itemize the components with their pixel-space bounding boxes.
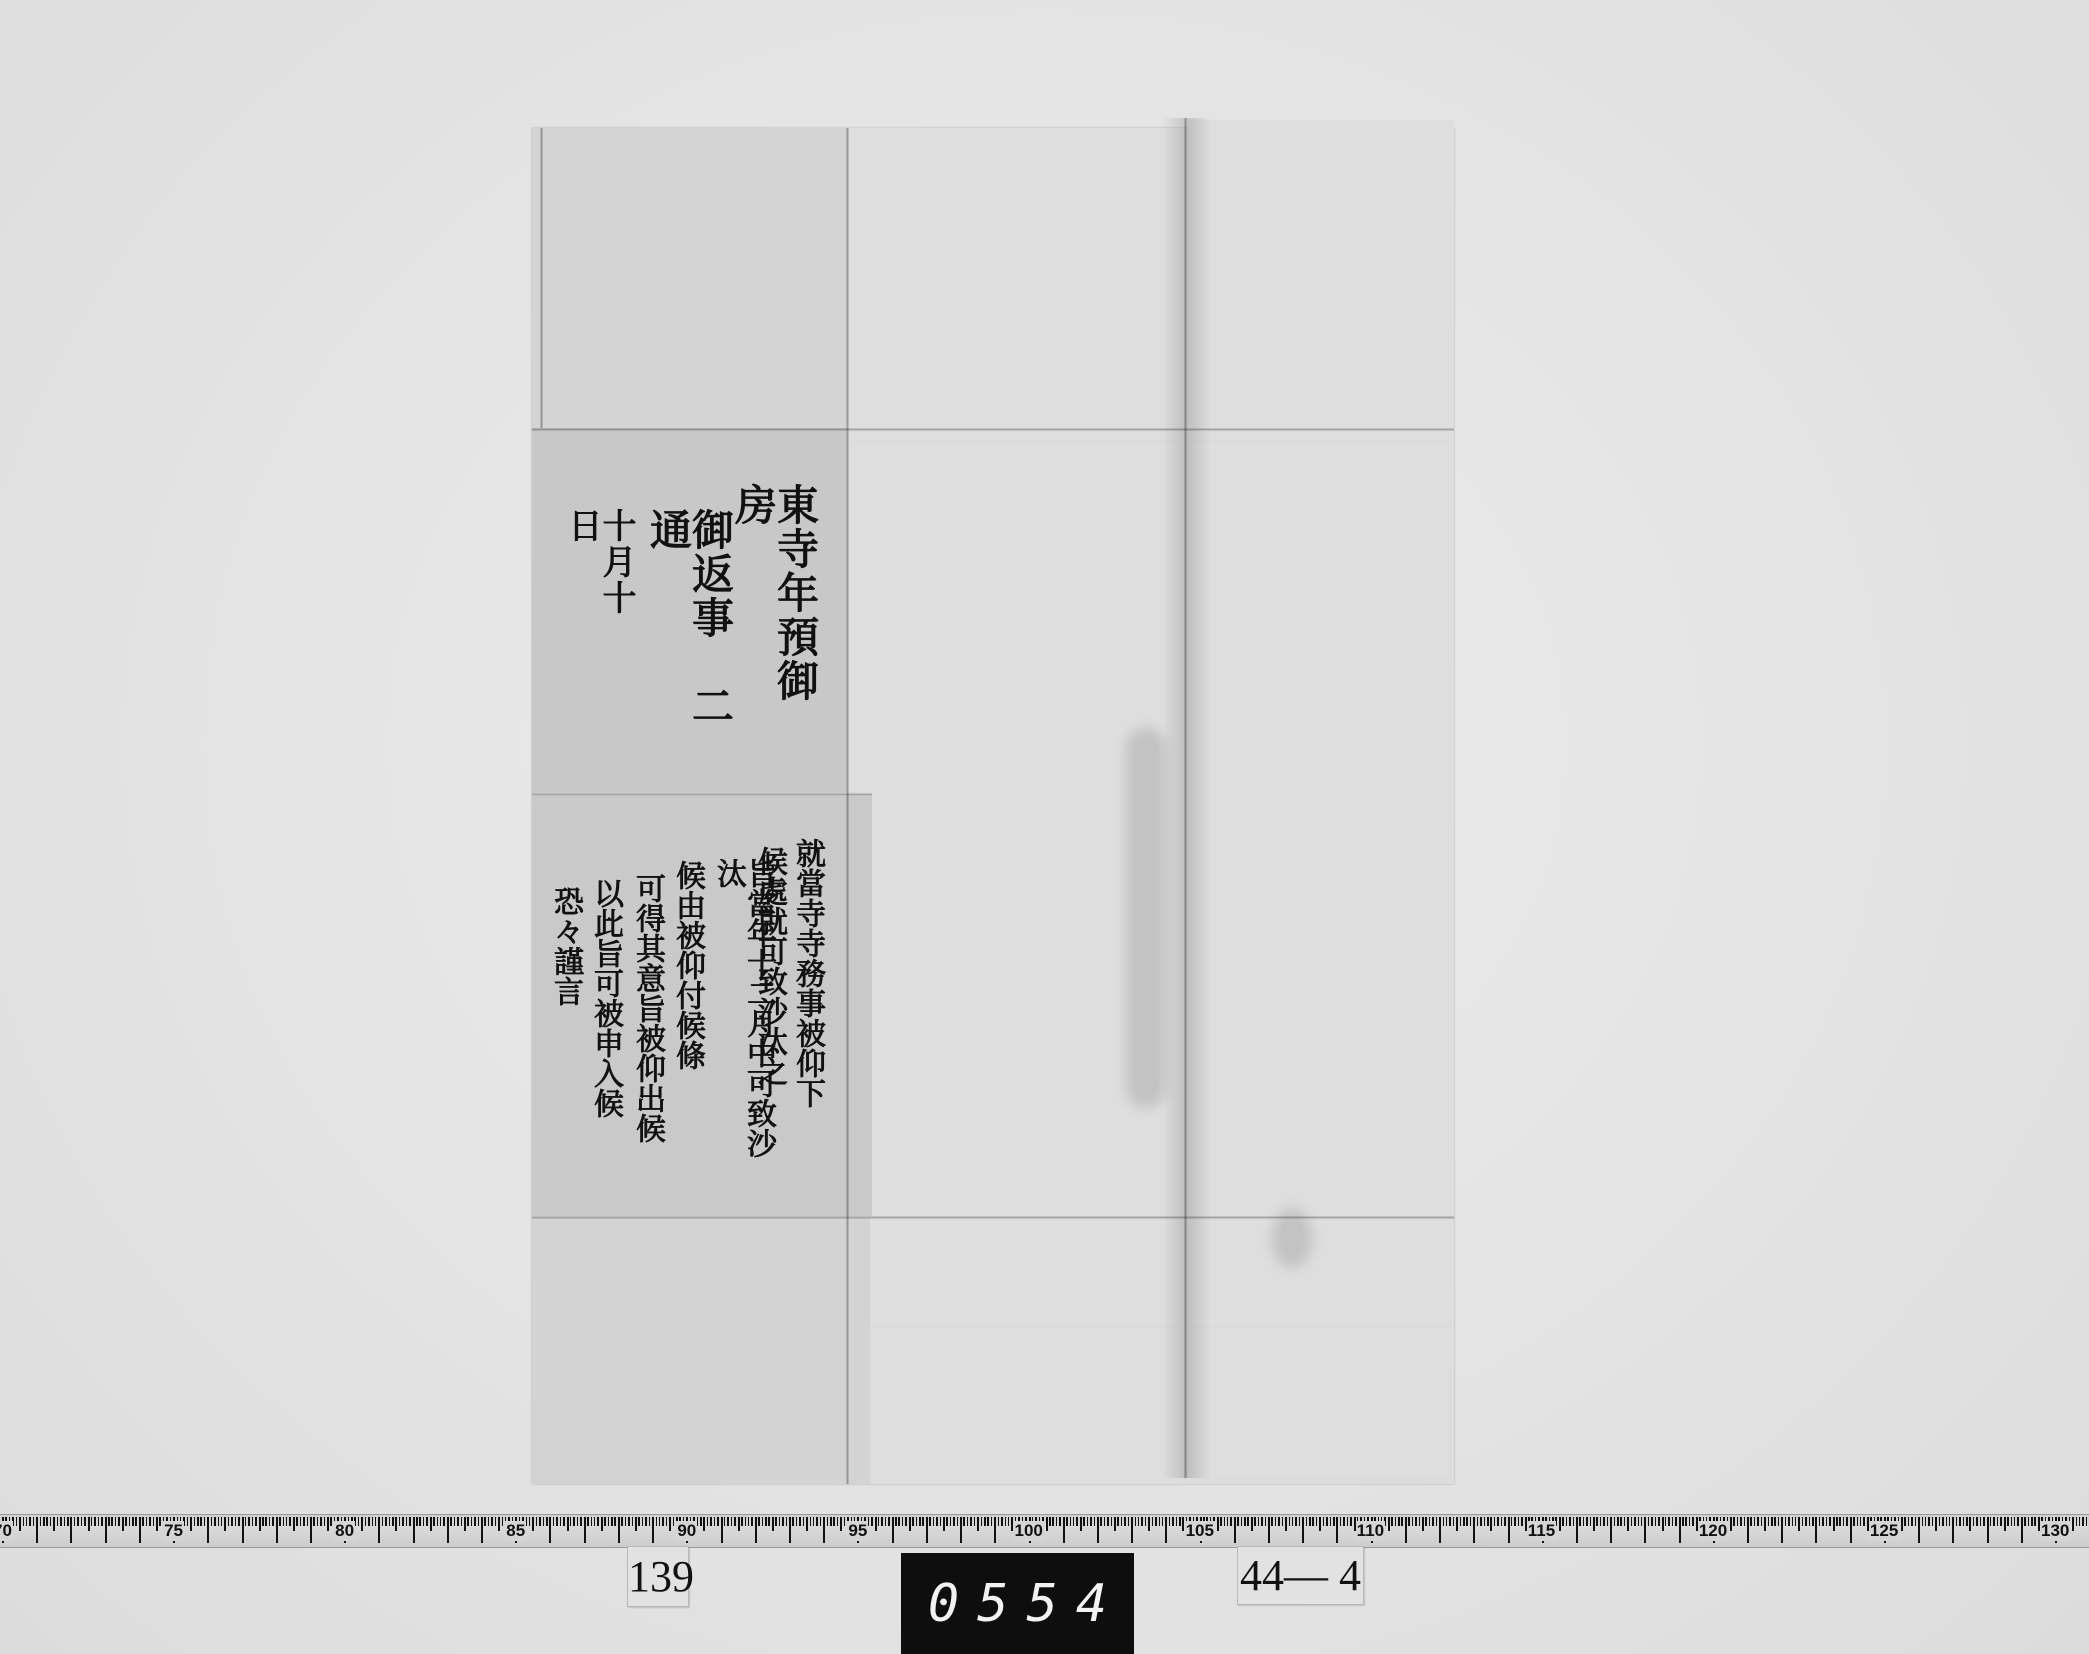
- ruler-tick: [963, 1517, 965, 1526]
- ruler-tick: [943, 1517, 945, 1531]
- panel-top-left: [532, 128, 847, 428]
- ruler-tick: [1439, 1517, 1441, 1543]
- ruler-tick: [1973, 1517, 1975, 1526]
- ruler-tick: [1901, 1517, 1903, 1531]
- ruler-tick: [621, 1517, 623, 1526]
- ruler-tick: [1586, 1517, 1588, 1526]
- ruler-tick: [262, 1517, 264, 1526]
- ruler-tick: [991, 1517, 993, 1526]
- ruler-tick: [1289, 1517, 1291, 1526]
- fold-line-horizontal-1: [532, 428, 1454, 431]
- ruler-tick: [60, 1517, 62, 1526]
- ruler-tick: [1836, 1517, 1838, 1526]
- ruler-tick: [1477, 1517, 1479, 1526]
- ruler-tick: [98, 1517, 100, 1526]
- ruler-tick: [190, 1517, 192, 1531]
- ruler-tick: [1336, 1517, 1338, 1543]
- ruler-tick: [447, 1517, 449, 1543]
- crease-shadow: [1162, 118, 1212, 1478]
- ruler-tick: [532, 1517, 534, 1531]
- ruler-tick: [457, 1517, 459, 1526]
- ruler-tick: [765, 1517, 767, 1526]
- ruler-tick: [1774, 1517, 1776, 1526]
- ruler-tick: [467, 1517, 469, 1526]
- ruler-tick: [2014, 1517, 2016, 1526]
- ruler-tick: [1627, 1517, 1629, 1531]
- ruler-tick: [1750, 1517, 1752, 1526]
- ruler-tick: [1391, 1517, 1393, 1526]
- ruler-tick: [478, 1517, 480, 1526]
- ruler-tick: [597, 1517, 599, 1526]
- ruler-tick: [1094, 1517, 1096, 1526]
- ruler-tick: [265, 1517, 267, 1526]
- ruler-tick: [768, 1517, 770, 1526]
- body-column: 旨當年十二月中可致沙汰: [713, 858, 773, 1158]
- ruler-tick: [402, 1517, 404, 1526]
- ruler-tick: [1463, 1517, 1465, 1526]
- ruler-tick: [1152, 1517, 1154, 1526]
- ruler-tick: [307, 1517, 309, 1526]
- address-column: 御返事 二通: [647, 508, 731, 768]
- ruler-tick: [751, 1517, 753, 1526]
- ruler-tick: [132, 1517, 134, 1526]
- ruler-tick: [1080, 1517, 1082, 1531]
- ruler-tick: [1928, 1517, 1930, 1526]
- ruler-tick: [471, 1517, 473, 1526]
- ruler-label: 95: [847, 1521, 868, 1541]
- ruler-tick: [194, 1517, 196, 1526]
- ruler-tick: [1398, 1517, 1400, 1526]
- ruler-tick: [703, 1517, 705, 1531]
- ruler-tick: [313, 1517, 315, 1526]
- ruler-tick: [2082, 1517, 2084, 1526]
- ruler-tick: [1620, 1517, 1622, 1526]
- ruler-tick: [197, 1517, 199, 1526]
- ruler-tick: [1757, 1517, 1759, 1526]
- ruler-tick: [1292, 1517, 1294, 1526]
- ruler-tick: [1610, 1517, 1612, 1543]
- ruler-tick: [1470, 1517, 1472, 1526]
- ruler-tick: [1815, 1517, 1817, 1543]
- ruler-tick: [1107, 1517, 1109, 1526]
- ruler-tick: [580, 1517, 582, 1526]
- ruler-tick: [1672, 1517, 1674, 1526]
- ruler-tick: [293, 1517, 295, 1531]
- ruler-tick: [844, 1517, 846, 1526]
- ruler-tick: [984, 1517, 986, 1526]
- ruler-tick: [1309, 1517, 1311, 1526]
- ruler-tick: [916, 1517, 918, 1526]
- ruler-tick: [416, 1517, 418, 1526]
- ruler-tick: [940, 1517, 942, 1526]
- ruler-tick: [1675, 1517, 1677, 1526]
- ruler-tick: [933, 1517, 935, 1526]
- ruler-tick: [1097, 1517, 1099, 1543]
- ruler-tick: [878, 1517, 880, 1526]
- ruler-tick: [1559, 1517, 1561, 1531]
- ruler-tick: [1737, 1517, 1739, 1526]
- ruler-tick: [1405, 1517, 1407, 1543]
- address-column: 東寺年預御房: [732, 483, 816, 723]
- ruler-tick: [1990, 1517, 1992, 1526]
- stain: [1126, 728, 1166, 1108]
- ruler-tick: [50, 1517, 52, 1526]
- ruler-tick: [125, 1517, 127, 1526]
- ruler-tick: [2000, 1517, 2002, 1526]
- ruler-tick: [214, 1517, 216, 1526]
- ruler-tick: [1514, 1517, 1516, 1526]
- ruler-tick: [115, 1517, 117, 1526]
- ruler-tick: [649, 1517, 651, 1526]
- ruler-tick: [1655, 1517, 1657, 1526]
- ruler-tick: [1839, 1517, 1841, 1526]
- ruler-tick: [604, 1517, 606, 1526]
- ruler-tick: [755, 1517, 757, 1543]
- ruler-tick: [2079, 1517, 2081, 1526]
- ruler-tick: [823, 1517, 825, 1543]
- ruler-tick: [1412, 1517, 1414, 1526]
- ruler-tick: [1641, 1517, 1643, 1526]
- ruler-tick: [885, 1517, 887, 1526]
- ruler-tick: [1046, 1517, 1048, 1531]
- ruler-tick: [57, 1517, 59, 1526]
- ruler-tick: [748, 1517, 750, 1526]
- ruler-tick: [81, 1517, 83, 1526]
- ruler-tick: [46, 1517, 48, 1526]
- ruler-tick: [1432, 1517, 1434, 1526]
- ruler-tick: [1285, 1517, 1287, 1531]
- ruler-tick: [245, 1517, 247, 1526]
- ruler-tick: [1569, 1517, 1571, 1526]
- ruler-tick: [228, 1517, 230, 1526]
- ruler-tick: [1001, 1517, 1003, 1526]
- ruler-tick: [529, 1517, 531, 1526]
- ruler-tick: [1846, 1517, 1848, 1526]
- ruler-tick: [1443, 1517, 1445, 1526]
- ruler-tick: [1904, 1517, 1906, 1526]
- ruler-tick: [1473, 1517, 1475, 1543]
- ruler-tick: [830, 1517, 832, 1526]
- ruler-tick: [560, 1517, 562, 1526]
- ruler-tick: [912, 1517, 914, 1526]
- ruler-tick: [614, 1517, 616, 1526]
- ruler-tick: [837, 1517, 839, 1526]
- ruler-tick: [1059, 1517, 1061, 1526]
- ruler-tick: [1788, 1517, 1790, 1526]
- ruler-tick: [36, 1517, 38, 1543]
- ruler-tick: [1918, 1517, 1920, 1543]
- ruler-tick: [806, 1517, 808, 1531]
- ruler-tick: [1490, 1517, 1492, 1531]
- ruler-tick: [269, 1517, 271, 1526]
- panel-top-right: [1188, 120, 1454, 440]
- ruler-tick: [1583, 1517, 1585, 1526]
- ruler-tick: [1319, 1517, 1321, 1531]
- ruler-tick: [16, 1517, 18, 1526]
- ruler-tick: [1662, 1517, 1664, 1531]
- ruler-tick: [881, 1517, 883, 1526]
- ruler-tick: [1596, 1517, 1598, 1526]
- date-column: 十月十日: [565, 508, 633, 648]
- body-column: 候由被仰付候條: [672, 860, 702, 1160]
- ruler-tick: [443, 1517, 445, 1526]
- ruler-tick: [406, 1517, 408, 1526]
- ruler-tick: [368, 1517, 370, 1526]
- ruler-tick: [1850, 1517, 1852, 1543]
- panel-bottom-right: [1188, 1328, 1454, 1478]
- ruler-tick: [105, 1517, 107, 1543]
- body-column: 可得其意旨被仰出候: [632, 873, 662, 1173]
- ruler-tick: [1508, 1517, 1510, 1543]
- volume-label: 44— 4: [1237, 1546, 1364, 1605]
- ruler-tick: [652, 1517, 654, 1543]
- ruler-tick: [567, 1517, 569, 1531]
- ruler-tick: [1268, 1517, 1270, 1543]
- ruler-tick: [779, 1517, 781, 1526]
- ruler-tick: [2024, 1517, 2026, 1526]
- ruler-tick: [1959, 1517, 1961, 1526]
- ruler-label: 115: [1527, 1521, 1556, 1541]
- ruler-tick: [1100, 1517, 1102, 1526]
- ruler-tick: [1155, 1517, 1157, 1526]
- ruler-tick: [875, 1517, 877, 1531]
- ruler-tick: [1747, 1517, 1749, 1543]
- ruler-label: 90: [676, 1521, 697, 1541]
- ruler-tick: [395, 1517, 397, 1531]
- ruler-tick: [1227, 1517, 1229, 1526]
- ruler-tick: [700, 1517, 702, 1526]
- ruler-tick: [2017, 1517, 2019, 1526]
- ruler-tick: [1302, 1517, 1304, 1543]
- ruler-tick: [1401, 1517, 1403, 1526]
- measurement-ruler: 707580859095100105110115120125130: [0, 1514, 2089, 1548]
- ruler-tick: [827, 1517, 829, 1526]
- fold-line-horizontal-2: [532, 793, 872, 796]
- ruler-tick: [1117, 1517, 1119, 1526]
- ruler-tick: [1230, 1517, 1232, 1526]
- ruler-tick: [1179, 1517, 1181, 1526]
- ruler-tick: [577, 1517, 579, 1526]
- ruler-tick: [741, 1517, 743, 1526]
- ruler-tick: [618, 1517, 620, 1543]
- ruler-tick: [231, 1517, 233, 1526]
- ruler-tick: [1073, 1517, 1075, 1526]
- ruler-tick: [1860, 1517, 1862, 1526]
- ruler-tick: [981, 1517, 983, 1526]
- ruler-tick: [642, 1517, 644, 1526]
- ruler-tick: [871, 1517, 873, 1526]
- ruler-tick: [2021, 1517, 2023, 1543]
- ruler-tick: [1802, 1517, 1804, 1526]
- fold-line-horizontal-3: [532, 1216, 1454, 1219]
- ruler-tick: [1946, 1517, 1948, 1526]
- ruler-tick: [1141, 1517, 1143, 1526]
- ruler-tick: [1795, 1517, 1797, 1526]
- fold-line-vertical-1: [846, 128, 849, 1484]
- ruler-tick: [594, 1517, 596, 1526]
- ruler-tick: [1241, 1517, 1243, 1526]
- ruler-tick: [601, 1517, 603, 1531]
- ruler-tick: [789, 1517, 791, 1543]
- ruler-label: 105: [1185, 1521, 1215, 1541]
- ruler-tick: [461, 1517, 463, 1526]
- ruler-tick: [300, 1517, 302, 1526]
- ruler-tick: [796, 1517, 798, 1526]
- ruler-tick: [64, 1517, 66, 1526]
- ruler-tick: [1169, 1517, 1171, 1526]
- ruler-tick: [310, 1517, 312, 1543]
- ruler-tick: [440, 1517, 442, 1526]
- ruler-tick: [909, 1517, 911, 1531]
- ruler-tick: [673, 1517, 675, 1526]
- ruler-tick: [43, 1517, 45, 1526]
- ruler-tick: [1299, 1517, 1301, 1526]
- ruler-tick: [1395, 1517, 1397, 1526]
- ruler-tick: [1446, 1517, 1448, 1526]
- ruler-tick: [1997, 1517, 1999, 1526]
- ruler-tick: [950, 1517, 952, 1526]
- ruler-tick: [666, 1517, 668, 1526]
- ruler-tick: [146, 1517, 148, 1526]
- ruler-tick: [289, 1517, 291, 1526]
- ruler-label: 85: [505, 1521, 526, 1541]
- ruler-tick: [1497, 1517, 1499, 1526]
- ruler-tick: [1456, 1517, 1458, 1531]
- ruler-tick: [1863, 1517, 1865, 1526]
- ruler-tick: [1939, 1517, 1941, 1526]
- ruler-tick: [218, 1517, 220, 1526]
- ruler-tick: [389, 1517, 391, 1526]
- ruler-tick: [717, 1517, 719, 1526]
- ruler-tick: [1651, 1517, 1653, 1526]
- ruler-tick: [142, 1517, 144, 1526]
- panel-mid-right: [1188, 442, 1454, 1326]
- ruler-tick: [1925, 1517, 1927, 1526]
- ruler-tick: [491, 1517, 493, 1526]
- ruler-tick: [252, 1517, 254, 1526]
- ruler-tick: [1932, 1517, 1934, 1526]
- ruler-tick: [1573, 1517, 1575, 1526]
- ruler-tick: [19, 1517, 21, 1531]
- ruler-tick: [1425, 1517, 1427, 1526]
- ruler-tick: [1070, 1517, 1072, 1526]
- ruler-tick: [1771, 1517, 1773, 1526]
- ruler-tick: [970, 1517, 972, 1526]
- ruler-tick: [296, 1517, 298, 1526]
- ruler-tick: [221, 1517, 223, 1526]
- ruler-tick: [1768, 1517, 1770, 1526]
- ruler-tick: [888, 1517, 890, 1526]
- ruler-tick: [94, 1517, 96, 1526]
- ruler-tick: [734, 1517, 736, 1526]
- ruler-tick: [987, 1517, 989, 1526]
- ruler-tick: [1826, 1517, 1828, 1526]
- ruler-tick: [1603, 1517, 1605, 1526]
- document-sheet: 東寺年預御房 御返事 二通 十月十日 就當寺寺務事被仰下 候處就可致沙汰之 旨當…: [532, 128, 1454, 1484]
- ruler-tick: [2031, 1517, 2033, 1526]
- ruler-tick: [1648, 1517, 1650, 1526]
- ruler-tick: [669, 1517, 671, 1531]
- ruler-tick: [361, 1517, 363, 1531]
- ruler-tick: [929, 1517, 931, 1526]
- ruler-tick: [553, 1517, 555, 1526]
- fold-line-left-edge: [540, 128, 543, 428]
- ruler-tick: [967, 1517, 969, 1526]
- ruler-tick: [156, 1517, 158, 1531]
- ruler-tick: [129, 1517, 131, 1526]
- ruler-tick: [957, 1517, 959, 1526]
- ruler-tick: [1911, 1517, 1913, 1526]
- ruler-tick: [1853, 1517, 1855, 1526]
- ruler-tick: [1980, 1517, 1982, 1526]
- ruler-tick: [1049, 1517, 1051, 1526]
- ruler-tick: [1942, 1517, 1944, 1526]
- ruler-tick: [327, 1517, 329, 1531]
- ruler-tick: [204, 1517, 206, 1526]
- ruler-tick: [1159, 1517, 1161, 1526]
- ruler-tick: [392, 1517, 394, 1526]
- ruler-tick: [1754, 1517, 1756, 1526]
- ruler-tick: [413, 1517, 415, 1543]
- stain: [1272, 1208, 1312, 1268]
- ruler-tick: [1966, 1517, 1968, 1526]
- ruler-tick: [2011, 1517, 2013, 1526]
- ruler-tick: [272, 1517, 274, 1526]
- ruler-tick: [1819, 1517, 1821, 1526]
- ruler-tick: [782, 1517, 784, 1526]
- ruler-tick: [1076, 1517, 1078, 1526]
- ruler-tick: [1350, 1517, 1352, 1526]
- ruler-label: 110: [1356, 1521, 1385, 1541]
- ruler-tick: [488, 1517, 490, 1526]
- ruler-tick: [495, 1517, 497, 1526]
- ruler-tick: [922, 1517, 924, 1526]
- ruler-tick: [1224, 1517, 1226, 1526]
- body-column: 就當寺寺務事被仰下: [792, 838, 822, 1138]
- ruler-tick: [625, 1517, 627, 1526]
- ruler-tick: [1638, 1517, 1640, 1526]
- ruler-tick: [707, 1517, 709, 1526]
- ruler-tick: [433, 1517, 435, 1526]
- ruler-tick: [1593, 1517, 1595, 1531]
- ruler-tick: [898, 1517, 900, 1526]
- ruler-tick: [259, 1517, 261, 1531]
- ruler-tick: [974, 1517, 976, 1526]
- body-column: 以此旨可被申入候: [590, 878, 620, 1148]
- ruler-tick: [324, 1517, 326, 1526]
- ruler-tick: [584, 1517, 586, 1543]
- ruler-tick: [1056, 1517, 1058, 1526]
- ruler-tick: [1682, 1517, 1684, 1526]
- ruler-tick: [1388, 1517, 1390, 1531]
- ruler-tick: [317, 1517, 319, 1526]
- ruler-tick: [1631, 1517, 1633, 1526]
- ruler-tick: [200, 1517, 202, 1526]
- ruler-tick: [139, 1517, 141, 1543]
- ruler-tick: [464, 1517, 466, 1531]
- ruler-tick: [91, 1517, 93, 1526]
- ruler-tick: [1131, 1517, 1133, 1543]
- frame-number-label: 0554: [901, 1553, 1134, 1654]
- ruler-tick: [33, 1517, 35, 1526]
- ruler-tick: [1347, 1517, 1349, 1526]
- ruler-label: 70: [0, 1521, 13, 1541]
- ruler-tick: [1987, 1517, 1989, 1543]
- ruler-tick: [238, 1517, 240, 1526]
- ruler-tick: [1781, 1517, 1783, 1543]
- panel-bottom-left: [532, 1218, 870, 1484]
- ruler-tick: [502, 1517, 504, 1526]
